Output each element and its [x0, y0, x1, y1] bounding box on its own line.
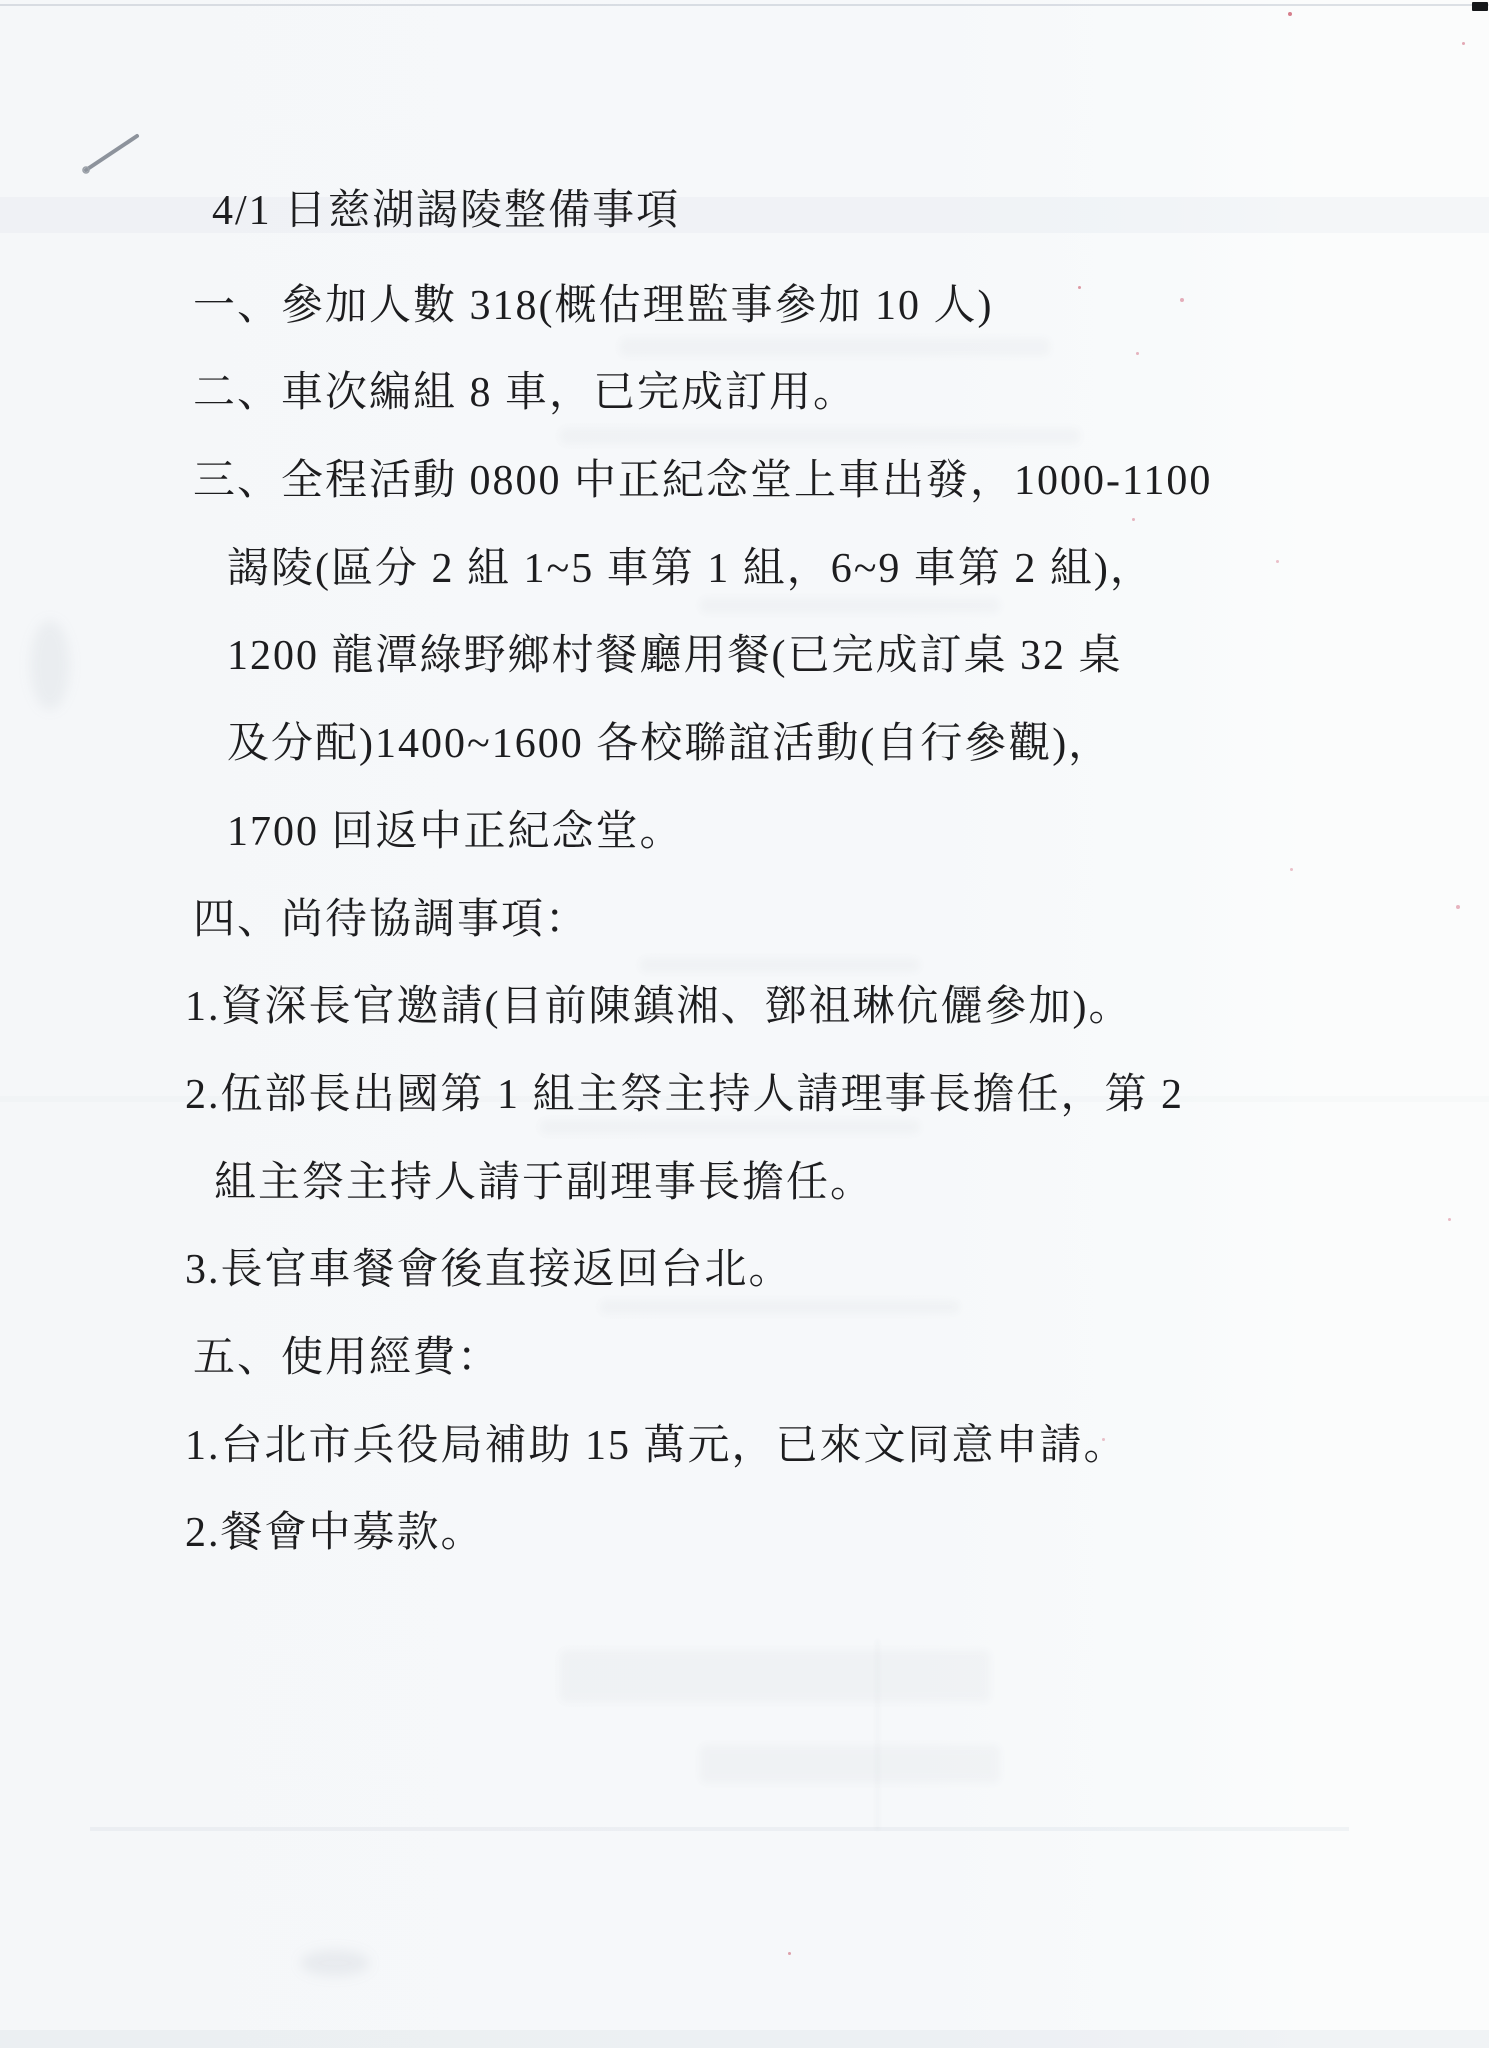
- document-line: 三、全程活動 0800 中正紀念堂上車出發，1000-1100: [0, 438, 1489, 526]
- document-line: 四、尚待協調事項：: [0, 877, 1489, 965]
- document-line: 1.台北市兵役局補助 15 萬元，已來文同意申請。: [0, 1403, 1489, 1491]
- document-line: 組主祭主持人請于副理事長擔任。: [0, 1140, 1489, 1228]
- document-line: 2.伍部長出國第 1 組主祭主持人請理事長擔任，第 2: [0, 1052, 1489, 1140]
- document-line: 1200 龍潭綠野鄉村餐廳用餐(已完成訂桌 32 桌: [0, 613, 1489, 701]
- document-line: 1700 回返中正紀念堂。: [0, 789, 1489, 877]
- document-line: 3.長官車餐會後直接返回台北。: [0, 1227, 1489, 1315]
- document-line: 及分配)1400~1600 各校聯誼活動(自行參觀)，: [0, 701, 1489, 789]
- scanned-document-page: { "document": { "title": "4/1 日慈湖謁陵整備事項"…: [0, 0, 1489, 2048]
- corner-scan-mark: [1472, 2, 1488, 11]
- document-line: 謁陵(區分 2 組 1~5 車第 1 組，6~9 車第 2 組)，: [0, 526, 1489, 614]
- document-line: 1.資深長官邀請(目前陳鎮湘、鄧祖琳伉儷參加)。: [0, 964, 1489, 1052]
- document-line: 二、車次編組 8 車，已完成訂用。: [0, 350, 1489, 438]
- document-line: 2.餐會中募款。: [0, 1490, 1489, 1578]
- document-line: 一、參加人數 318(概估理監事參加 10 人): [0, 263, 1489, 351]
- page-title: 4/1 日慈湖謁陵整備事項: [0, 168, 1489, 256]
- document-lines: 4/1 日慈湖謁陵整備事項 一、參加人數 318(概估理監事參加 10 人)二、…: [0, 168, 1489, 1578]
- document-line: 五、使用經費：: [0, 1315, 1489, 1403]
